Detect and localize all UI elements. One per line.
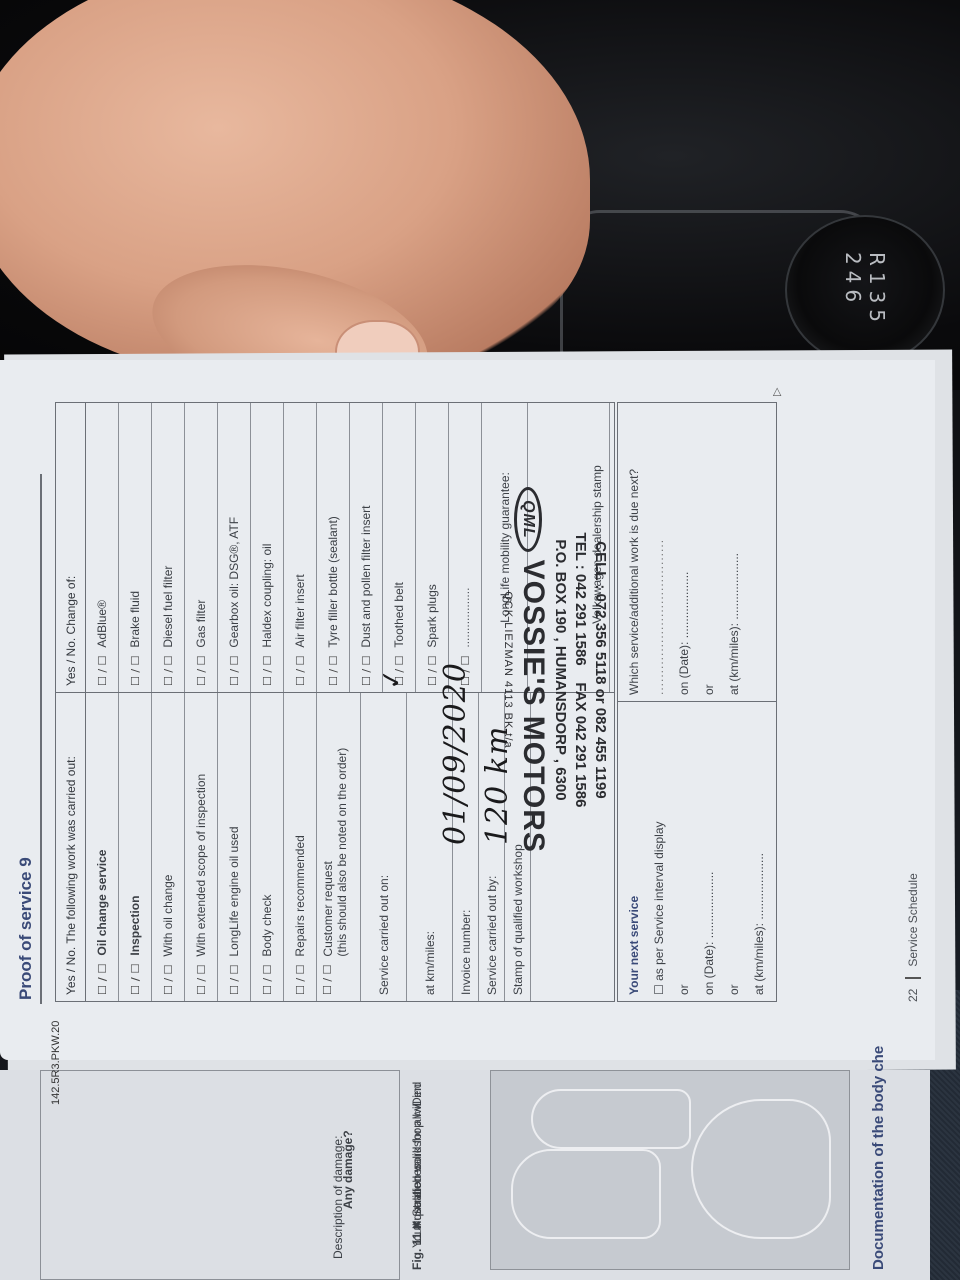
page-footer: 22 Service Schedule — [905, 873, 921, 1002]
stamp-tel: TEL : 042 291 1586 — [572, 533, 589, 666]
work-item[interactable]: ☐ / ☐Oil change service — [86, 693, 119, 1001]
change-item[interactable]: ☐ / ☐Air filter insert — [284, 403, 317, 692]
gear-knob: R135246 — [785, 215, 945, 365]
yes-no-checkbox[interactable]: ☐ / ☐ — [195, 965, 208, 995]
page-title: Proof of service 9 — [16, 857, 36, 1000]
change-item[interactable]: ☐ / ☐Diesel fuel filter — [152, 403, 185, 692]
change-item[interactable]: ☐ / ☐AdBlue® — [86, 403, 119, 692]
yes-no-checkbox[interactable]: ☐ / ☐ — [162, 965, 175, 995]
next-date-field[interactable]: on (Date): .................... — [672, 409, 697, 695]
stamp-fax: FAX 042 291 1586 — [572, 682, 589, 807]
car-outline-icon — [531, 1089, 691, 1149]
work-item[interactable]: ☐ / ☐With extended scope of inspection — [185, 693, 218, 1001]
interval-display-option[interactable]: ☐ as per Service interval display — [647, 708, 672, 995]
gear-pattern-icon: R135246 — [792, 212, 938, 368]
next-km-field[interactable]: at (km/miles): .................... — [747, 708, 772, 995]
legend-scratches: ✖ Scratches — [410, 1163, 424, 1230]
work-item[interactable]: ☐ / ☐LongLife engine oil used — [218, 693, 251, 1001]
part-code: 142.5R3.PKW.20 — [50, 1021, 62, 1105]
next-km-field[interactable]: at (km/miles): .................... — [722, 409, 747, 695]
yes-no-checkbox[interactable]: ☐ / ☐ — [129, 656, 142, 686]
yes-no-checkbox[interactable]: ☐ / ☐ — [96, 656, 109, 686]
change-item[interactable]: ☐ / ☐Brake fluid — [119, 403, 152, 692]
change-item[interactable]: ☐ / ☐Tyre filler bottle (sealant) — [317, 403, 350, 692]
car-illustration — [490, 1070, 850, 1270]
yes-no-checkbox[interactable]: ☐ / ☐ — [195, 656, 208, 686]
stamp-cell: CELL : 072 356 5118 or 082 455 1199 — [590, 480, 610, 860]
change-item[interactable]: ☐ / ☐Haldex coupling: oil — [251, 403, 284, 692]
yes-no-checkbox[interactable]: ☐ / ☐ — [261, 965, 274, 995]
car-outline-icon — [511, 1149, 661, 1239]
car-outline-icon — [691, 1099, 831, 1239]
next-work-field[interactable]: .................................... — [647, 409, 672, 695]
section-name: Service Schedule — [906, 873, 920, 966]
change-item[interactable]: ☐ / ☐Gas filter — [185, 403, 218, 692]
body-check-title: Documentation of the body che — [870, 1046, 887, 1270]
legend-dents: ○ Den — [410, 1084, 424, 1117]
work-item[interactable]: ☐ / ☐With oil change — [152, 693, 185, 1001]
stamp-company: QCK LIEZMAN 4113 BK t/a — [502, 480, 514, 860]
work-item[interactable]: ☐ / ☐Repairs recommended — [284, 693, 317, 1001]
next-work-question: Which service/additional work is due nex… — [622, 409, 647, 695]
workshop-rubber-stamp: CELL : 072 356 5118 or 082 455 1199 TEL … — [400, 480, 610, 860]
yes-no-checkbox[interactable]: ☐ / ☐ — [228, 656, 241, 686]
next-service-box: Your next service ☐ as per Service inter… — [617, 402, 777, 1002]
service-booklet-page: Proof of service 9 Yes / No. The followi… — [0, 360, 935, 1060]
page-number: 22 — [906, 989, 920, 1002]
next-service-title: Your next service — [622, 708, 647, 995]
footer-divider — [905, 977, 921, 979]
yes-no-checkbox[interactable]: ☐ / ☐ — [96, 964, 109, 995]
damage-description-label: Description of damage: — [331, 1136, 345, 1259]
damage-table: Any damage? Description of damage: — [40, 1070, 400, 1280]
change-column-header: Yes / No. Change of: — [56, 403, 86, 692]
work-column-header: Yes / No. The following work was carried… — [56, 693, 86, 1001]
next-service-right: Which service/additional work is due nex… — [618, 403, 776, 702]
yes-no-checkbox[interactable]: ☐ / ☐ — [129, 964, 142, 995]
yes-no-checkbox[interactable]: ☐ / ☐ — [294, 965, 307, 995]
next-date-field[interactable]: on (Date): .................... — [697, 708, 722, 995]
yes-no-checkbox[interactable]: ☐ / ☐ — [261, 656, 274, 686]
yes-no-checkbox[interactable]: ☐ / ☐ — [228, 965, 241, 995]
yes-no-checkbox[interactable]: ☐ / ☐ — [327, 656, 340, 686]
next-service-left: Your next service ☐ as per Service inter… — [618, 702, 776, 1001]
work-item[interactable]: ☐ / ☐Inspection — [119, 693, 152, 1001]
change-item[interactable]: ☐ / ☐Gearbox oil: DSG®, ATF — [218, 403, 251, 692]
work-item[interactable]: ☐ / ☐Body check — [251, 693, 284, 1001]
triangle-icon: ▷ — [770, 388, 783, 396]
yes-no-checkbox[interactable]: ☐ / ☐ — [294, 656, 307, 686]
change-item[interactable]: ☐ / ☐Dust and pollen filter insert — [350, 403, 383, 692]
stamp-name: VOSSIE'S MOTORS — [517, 560, 550, 853]
body-check-page: Documentation of the body che Fig. 11 Il… — [0, 1070, 930, 1280]
title-rule — [40, 474, 42, 1004]
yes-no-checkbox[interactable]: ☐ / ☐ — [162, 656, 175, 686]
yes-no-checkbox[interactable]: ☐ / ☐ — [321, 965, 334, 995]
stamp-logo-icon: QML — [514, 487, 542, 552]
work-item[interactable]: ☐ / ☐Customer request(this should also b… — [317, 693, 361, 1001]
stamp-address: P.O. BOX 190 , HUMANSDORP , 6300 — [550, 480, 570, 860]
yes-no-checkbox[interactable]: ☐ / ☐ — [360, 656, 373, 686]
